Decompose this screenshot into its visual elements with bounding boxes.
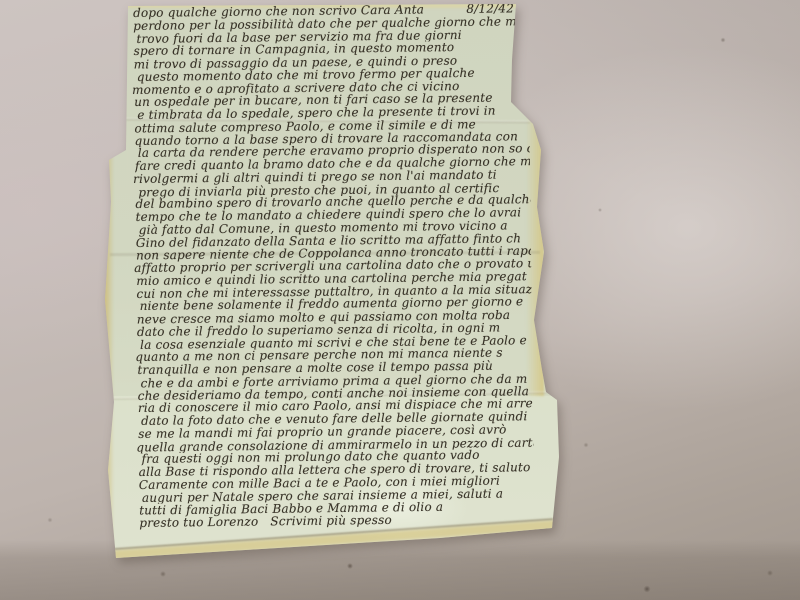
letter-text: dopo qualche giorno che non scrivo Cara … xyxy=(133,2,534,530)
letter-paper-shadow: dopo qualche giorno che non scrivo Cara … xyxy=(100,2,564,564)
letter-paper: dopo qualche giorno che non scrivo Cara … xyxy=(100,2,564,564)
paper-edge-left xyxy=(101,148,114,560)
letter-date: 8/12/42 xyxy=(466,2,528,16)
photo-background: dopo qualche giorno che non scrivo Cara … xyxy=(0,0,800,600)
